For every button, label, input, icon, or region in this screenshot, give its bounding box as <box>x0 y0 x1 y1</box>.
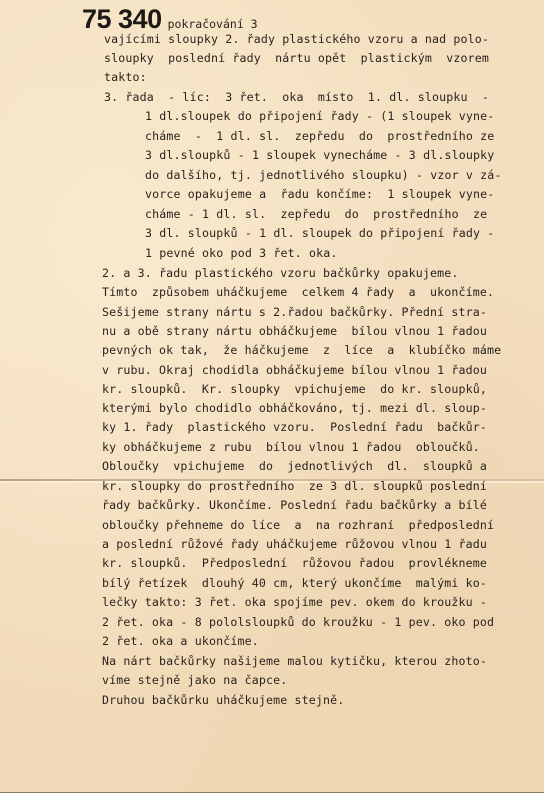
paper-bottom-edge <box>0 792 544 800</box>
text-line: a poslední růžové řady uháčkujeme růžovo… <box>102 535 487 554</box>
text-line: lečky takto: 3 řet. oka spojíme pev. oke… <box>102 593 487 612</box>
text-line: vorce opakujeme a řadu končíme: 1 sloupe… <box>145 185 494 204</box>
continuation-label: pokračování 3 <box>168 17 258 31</box>
text-line: 1 dl.sloupek do připojení řady - (1 slou… <box>145 107 494 126</box>
text-line: 1 pevné oko pod 3 řet. oka. <box>145 244 338 263</box>
text-line: Tímto způsobem uháčkujeme celkem 4 řady … <box>102 283 494 302</box>
text-line: takto: <box>104 68 147 87</box>
text-line: ky 1. řady plastického vzoru. Poslední ř… <box>102 418 487 437</box>
text-line: Na nárt bačkůrky našijeme malou kytičku,… <box>102 652 487 671</box>
text-line: Druhou bačkůrku uháčkujeme stejně. <box>102 691 344 710</box>
text-line: 3 dl.sloupků - 1 sloupek vynecháme - 3 d… <box>145 146 494 165</box>
text-line: Sešijeme strany nártu s 2.řadou bačkůrky… <box>102 303 487 322</box>
text-line: kr. sloupků. Předposlední růžovou řadou … <box>102 554 487 573</box>
text-line: v rubu. Okraj chodidla obháčkujeme bílou… <box>102 361 487 380</box>
text-line: vajícími sloupky 2. řady plastického vzo… <box>104 30 489 49</box>
text-line: nu a obě strany nártu obháčkujeme bílou … <box>102 322 487 341</box>
text-line: sloupky poslední řady nártu opět plastic… <box>104 49 489 68</box>
text-line: kterými bylo chodidlo obháčkováno, tj. m… <box>102 399 487 418</box>
text-line: kr. sloupků. Kr. sloupky vpichujeme do k… <box>102 380 487 399</box>
text-line: obloučky přehneme do líce a na rozhraní … <box>102 516 494 535</box>
text-line: do dalšího, tj. jednotlivého sloupku) - … <box>145 166 502 185</box>
text-line: cháme - 1 dl. sl. zepředu do prostředníh… <box>145 127 494 146</box>
text-line: řady bačkůrky. Ukončíme. Poslední řadu b… <box>102 496 487 515</box>
text-line: víme stejně jako na čapce. <box>102 671 287 690</box>
text-line: 2 řet. oka a ukončíme. <box>102 632 259 651</box>
text-line: pevných ok tak, že háčkujeme z líce a kl… <box>102 341 501 360</box>
text-line: 2 řet. oka - 8 pololsloupků do kroužku -… <box>102 613 494 632</box>
text-line: 3 dl. sloupků - 1 dl. sloupek do připoje… <box>145 224 494 243</box>
text-line: 3. řada - líc: 3 řet. oka místo 1. dl. s… <box>104 88 489 107</box>
text-line: cháme - 1 dl. sl. zepředu do prostředníh… <box>145 205 487 224</box>
text-line: ky obháčkujeme z rubu bílou vlnou 1 řado… <box>102 438 480 457</box>
text-line: Obloučky vpichujeme do jednotlivých dl. … <box>102 457 487 476</box>
text-line: kr. sloupky do prostředního ze 3 dl. slo… <box>102 477 487 496</box>
text-line: bílý řetízek dlouhý 40 cm, který ukončím… <box>102 574 487 593</box>
text-line: 2. a 3. řadu plastického vzoru bačkůrky … <box>102 264 459 283</box>
